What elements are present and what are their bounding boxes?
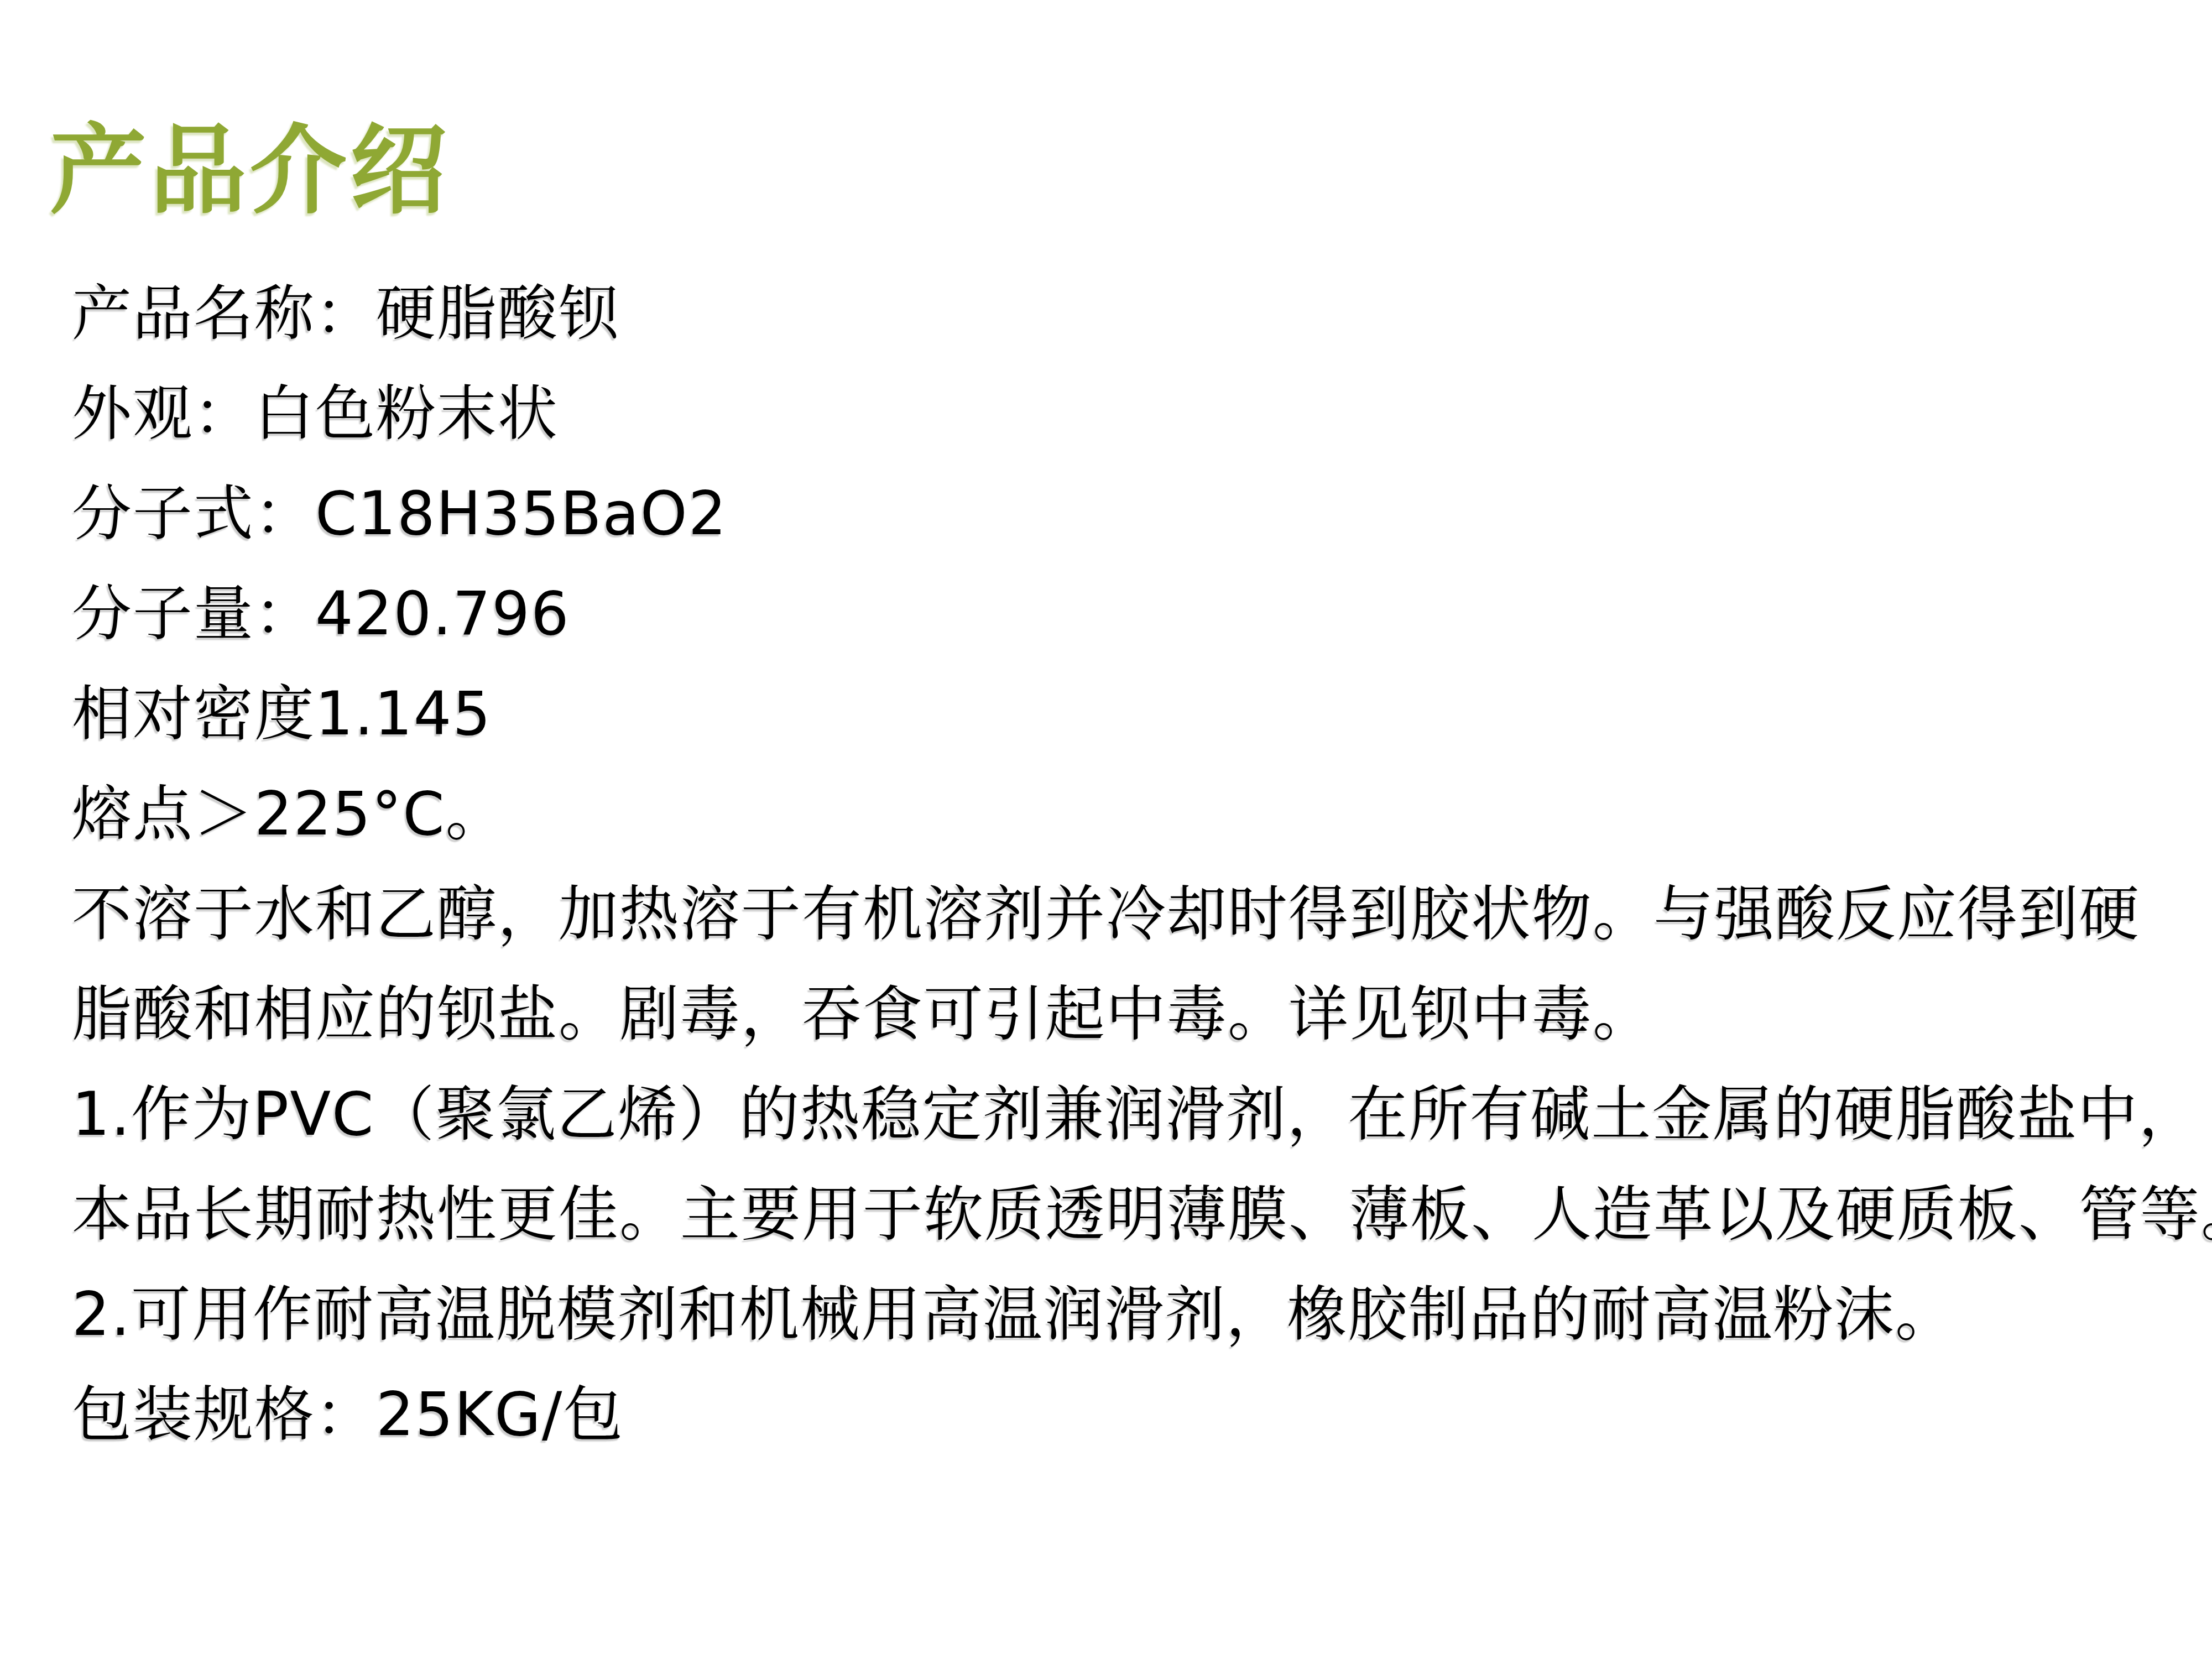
product-intro-slide: 产品介绍 产品名称：硬脂酸钡 外观：白色粉末状 分子式：C18H35BaO2 分…: [0, 0, 2212, 1659]
melting-point-line: 熔点＞225°C。: [72, 764, 2168, 864]
body-text-block: 产品名称：硬脂酸钡 外观：白色粉末状 分子式：C18H35BaO2 分子量：42…: [72, 264, 2168, 1465]
description-line-2: 脂酸和相应的钡盐。剧毒，吞食可引起中毒。详见钡中毒。: [72, 964, 2168, 1065]
product-name-line: 产品名称：硬脂酸钡: [72, 264, 2168, 364]
molecular-weight-line: 分子量：420.796: [72, 564, 2168, 664]
packaging-spec-line: 包装规格：25KG/包: [72, 1365, 2168, 1465]
page-title: 产品介绍: [50, 111, 450, 232]
molecular-formula-line: 分子式：C18H35BaO2: [72, 464, 2168, 564]
relative-density-line: 相对密度1.145: [72, 664, 2168, 764]
appearance-line: 外观：白色粉末状: [72, 364, 2168, 464]
description-line-1: 不溶于水和乙醇，加热溶于有机溶剂并冷却时得到胶状物。与强酸反应得到硬: [72, 864, 2168, 964]
application-line-1: 1.作为PVC（聚氯乙烯）的热稳定剂兼润滑剂，在所有碱土金属的硬脂酸盐中，: [72, 1065, 2168, 1165]
application-line-3: 2.可用作耐高温脱模剂和机械用高温润滑剂，橡胶制品的耐高温粉沫。: [72, 1265, 2168, 1365]
application-line-2: 本品长期耐热性更佳。主要用于软质透明薄膜、薄板、人造革以及硬质板、管等。: [72, 1165, 2168, 1265]
